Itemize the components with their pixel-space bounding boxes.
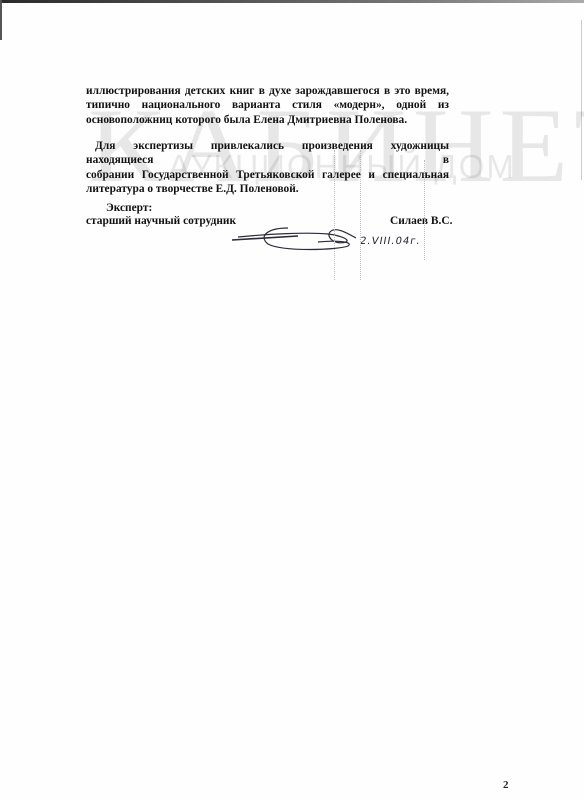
expert-label: Эксперт:	[106, 202, 152, 214]
signature-icon	[228, 220, 358, 256]
document-page: КАБИНЕТЪ АУКЦИОННЫЙ ДОМ иллюстрирования …	[0, 0, 584, 800]
text-line: типично национального варианта стиля «мо…	[86, 98, 449, 112]
page-number: 2	[503, 779, 509, 791]
scan-artifact	[424, 160, 426, 260]
text-line: Для экспертизы привлекались произведения…	[86, 139, 449, 168]
text-line: собрании Государственной Третьяковской г…	[86, 168, 449, 182]
text-line: основоположниц которого была Елена Дмитр…	[86, 113, 449, 127]
text-line: иллюстрирования детских книг в духе заро…	[86, 84, 449, 98]
paragraph-2: Для экспертизы привлекались произведения…	[86, 139, 449, 196]
scan-edge	[0, 0, 2, 40]
expert-title: старший научный сотрудник	[86, 215, 236, 227]
scan-artifact	[360, 150, 362, 280]
paragraph-1: иллюстрирования детских книг в духе заро…	[86, 84, 449, 127]
handwritten-date: 2.VIII.04г.	[359, 236, 422, 247]
expert-name: Силаев В.С.	[390, 215, 452, 227]
scan-edge	[0, 0, 584, 3]
text-line: литература о творчестве Е.Д. Поленовой.	[86, 182, 449, 196]
scan-artifact	[334, 150, 336, 280]
